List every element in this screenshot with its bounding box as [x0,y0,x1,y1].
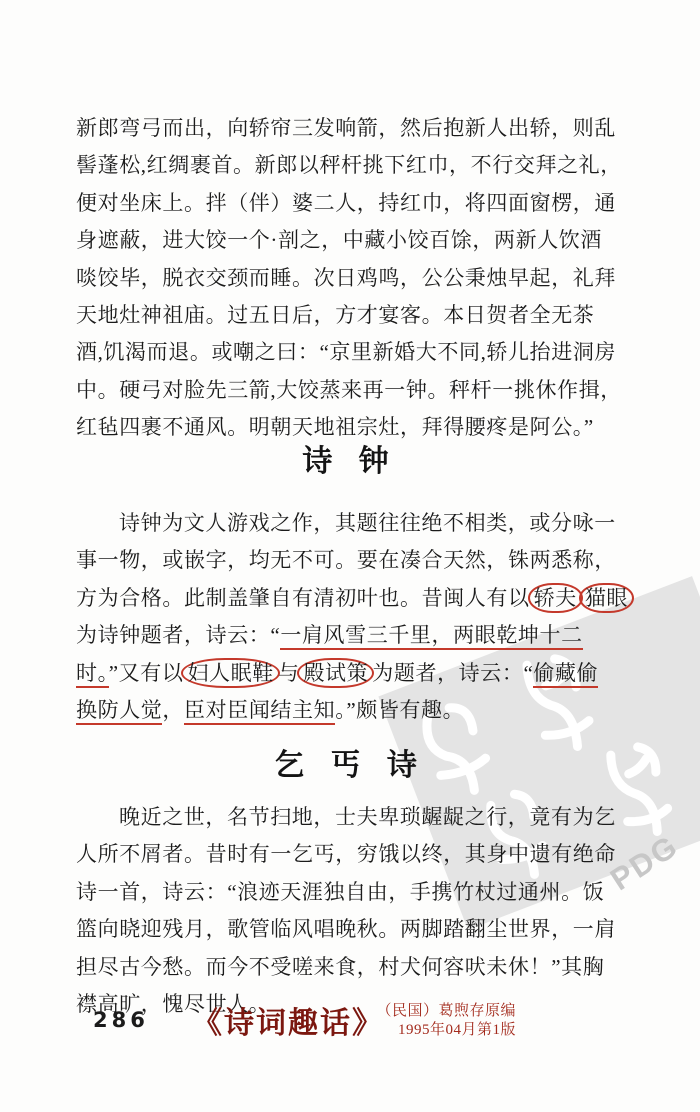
text-run: 诗钟为文人游戏之作，其题往往绝不相类，或分咏一 [119,511,616,535]
text-line: 天地灶神祖庙。过五日后，方才宴客。本日贺者全无茶 [76,297,648,334]
text-run: 。”颇皆有趣。 [335,698,464,722]
text-run: 中。硬弓对脸先三箭,大饺蒸来再一钟。秤杆一挑休作揖， [76,378,622,402]
para-wedding: 新郎弯弓而出，向轿帘三发响箭，然后抱新人出轿，则乱髻蓬松,红绸裹首。新郎以秤杆挑… [76,110,648,447]
text-line: 新郎弯弓而出，向轿帘三发响箭，然后抱新人出轿，则乱 [76,110,648,147]
text-run: 身遮蔽，进大饺一个·剖之，中藏小饺百馀，两新人饮酒 [76,228,602,252]
text-run: ， [162,698,184,722]
text-run: 方为合格。此制盖肇自有清初叶也。昔闽人有以 [76,586,530,610]
text-line: 诗一首，诗云：“浪迹天涯独自由，手携竹杖过通州。饭 [76,874,648,911]
page-number: 286 [93,1008,149,1032]
text-line: 换防人觉，臣对臣闻结主知。”颇皆有趣。 [76,692,648,729]
text-line: 晚近之世，名节扫地，士夫卑琐龌龊之行，竟有为乞 [76,799,648,836]
text-run: 事一物，或嵌字，均无不可。要在凑合天然，铢两悉称， [76,548,616,572]
text-run: 为诗钟题者，诗云：“ [76,623,280,647]
text-run: 担尽古今愁。而今不受嗟来食，村犬何容吠未休！”其胸 [76,955,604,979]
red-circle-annotation: 猫眼 [579,583,634,613]
text-run: 新郎弯弓而出，向轿帘三发响箭，然后抱新人出轿，则乱 [76,116,616,140]
heading-shizhong: 诗 钟 [0,436,700,480]
text-run: 酒,饥渴而退。或嘲之曰：“京里新婚大不同,轿儿抬进洞房 [76,340,616,364]
text-line: 啖饺毕，脱衣交颈而睡。次日鸡鸣，公公秉烛早起，礼拜 [76,260,648,297]
text-line: 方为合格。此制盖肇自有清初叶也。昔闽人有以轿夫猫眼 [76,580,648,617]
text-line: 中。硬弓对脸先三箭,大饺蒸来再一钟。秤杆一挑休作揖， [76,372,648,409]
scanned-book-page: PDG 新郎弯弓而出，向轿帘三发响箭，然后抱新人出轿，则乱髻蓬松,红绸裹首。新郎… [0,0,700,1112]
text-line: 身遮蔽，进大饺一个·剖之，中藏小饺百馀，两新人饮酒 [76,222,648,259]
text-run: 便对坐床上。拌（伴）婆二人，持红巾，将四面窗楞，通 [76,191,616,215]
text-line: 人所不屑者。昔时有一乞丐，穷饿以终，其身中遗有绝命 [76,836,648,873]
red-circle-annotation: 殿试策 [297,658,374,688]
credit-editor: （民国）葛煦存原编 [350,1002,516,1021]
credit-edition: 1995年04月第1版 [350,1021,516,1040]
red-underline-annotation: 臣对臣闻结主知 [184,698,335,725]
text-line: 担尽古今愁。而今不受嗟来食，村犬何容吠未休！”其胸 [76,949,648,986]
page-footer: 286 《诗词趣话》 （民国）葛煦存原编 1995年04月第1版 [0,998,700,1062]
text-run: 篮向晓迎残月，歌管临风唱晚秋。两脚踏翻尘世界，一肩 [76,917,616,941]
heading-qigaishi: 乞 丐 诗 [0,740,700,784]
text-run: 诗一首，诗云：“浪迹天涯独自由，手携竹杖过通州。饭 [76,880,604,904]
edition-credits: （民国）葛煦存原编 1995年04月第1版 [350,1002,516,1040]
text-line: 事一物，或嵌字，均无不可。要在凑合天然，铢两悉称， [76,542,648,579]
text-line: 为诗钟题者，诗云：“一肩风雪三千里，两眼乾坤十二 [76,617,648,654]
text-line: 便对坐床上。拌（伴）婆二人，持红巾，将四面窗楞，通 [76,185,648,222]
red-underline-annotation: 时。 [76,661,109,688]
text-line: 酒,饥渴而退。或嘲之曰：“京里新婚大不同,轿儿抬进洞房 [76,334,648,371]
text-column: 新郎弯弓而出，向轿帘三发响箭，然后抱新人出轿，则乱髻蓬松,红绸裹首。新郎以秤杆挑… [0,0,700,1112]
text-line: 诗钟为文人游戏之作，其题往往绝不相类，或分咏一 [76,505,648,542]
para-shizhong: 诗钟为文人游戏之作，其题往往绝不相类，或分咏一事一物，或嵌字，均无不可。要在凑合… [76,505,648,729]
text-run: 为题者，诗云：“ [372,661,533,685]
para-qigaishi: 晚近之世，名节扫地，士夫卑琐龌龊之行，竟有为乞人所不屑者。昔时有一乞丐，穷饿以终… [76,799,648,1023]
text-line: 时。”又有以妇人眠鞋与殿试策为题者，诗云：“偷藏偷 [76,655,648,692]
red-circle-annotation: 轿夫 [528,583,583,613]
text-run: 晚近之世，名节扫地，士夫卑琐龌龊之行，竟有为乞 [119,805,616,829]
red-underline-annotation: 偷藏偷 [533,661,598,688]
text-line: 篮向晓迎残月，歌管临风唱晚秋。两脚踏翻尘世界，一肩 [76,911,648,948]
text-run: 啖饺毕，脱衣交颈而睡。次日鸡鸣，公公秉烛早起，礼拜 [76,266,616,290]
text-run: 人所不屑者。昔时有一乞丐，穷饿以终，其身中遗有绝命 [76,842,616,866]
text-run: 天地灶神祖庙。过五日后，方才宴客。本日贺者全无茶 [76,303,594,327]
red-underline-annotation: 一肩风雪三千里，两眼乾坤十二 [280,623,582,650]
text-run: 髻蓬松,红绸裹首。新郎以秤杆挑下红巾，不行交拜之礼， [76,153,622,177]
text-line: 髻蓬松,红绸裹首。新郎以秤杆挑下红巾，不行交拜之礼， [76,147,648,184]
red-underline-annotation: 换防人觉 [76,698,162,725]
red-circle-annotation: 妇人眠鞋 [181,658,279,688]
text-run: ”又有以 [109,661,184,685]
